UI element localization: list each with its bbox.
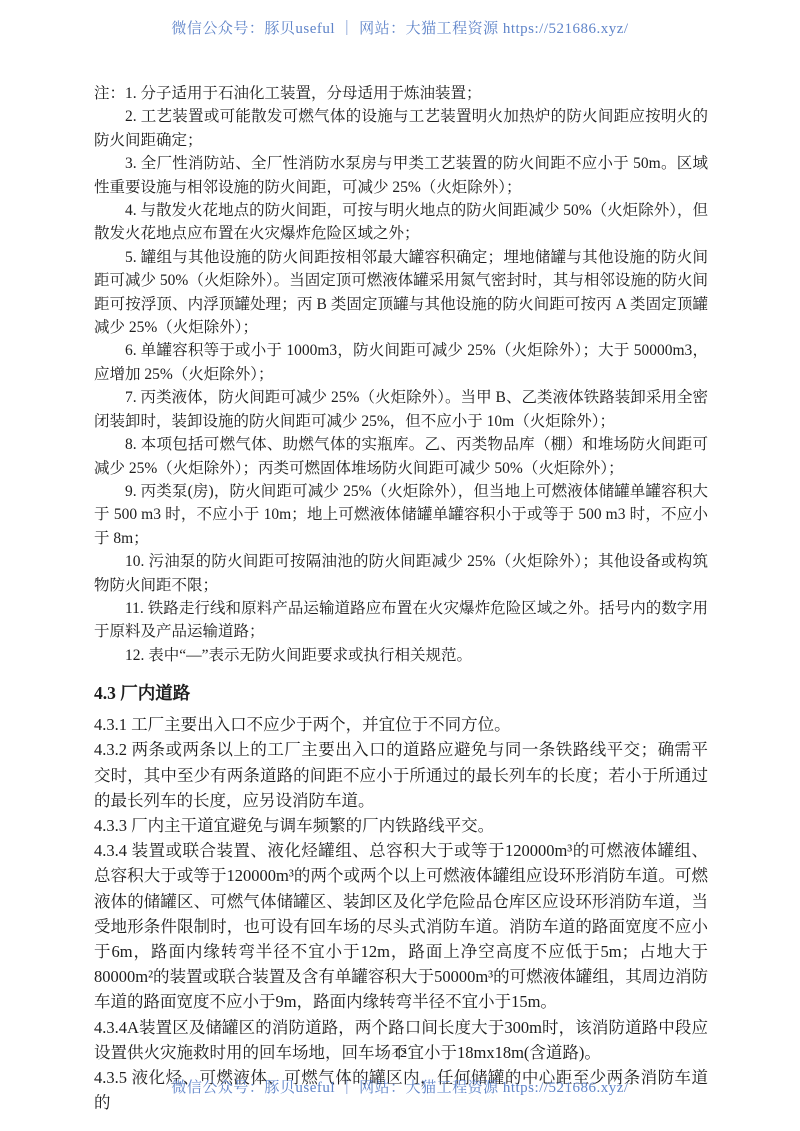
note-item-3: 3. 全厂性消防站、全厂性消防水泵房与甲类工艺装置的防火间距不应小于 50m。区…: [94, 152, 708, 199]
note-item-8: 8. 本项包括可燃气体、助燃气体的实瓶库。乙、丙类物品库（棚）和堆场防火间距可减…: [94, 433, 708, 480]
page-footer-watermark: 微信公众号：豚贝useful ｜ 网站：大猫工程资源 https://52168…: [0, 1076, 800, 1097]
notes-block: 注：1. 分子适用于石油化工装置，分母适用于炼油装置； 2. 工艺装置或可能散发…: [94, 82, 708, 667]
document-page: 微信公众号：豚贝useful ｜ 网站：大猫工程资源 https://52168…: [0, 0, 800, 1131]
note-item-12: 12. 表中“—”表示无防火间距要求或执行相关规范。: [94, 644, 708, 667]
note-item-10: 10. 污油泵的防火间距可按隔油池的防火间距减少 25%（火炬除外）；其他设备或…: [94, 550, 708, 597]
clause-4-3-1: 4.3.1 工厂主要出入口不应少于两个，并宜位于不同方位。: [94, 712, 708, 737]
clause-4-3-3: 4.3.3 厂内主干道宜避免与调车频繁的厂内铁路线平交。: [94, 813, 708, 838]
note-item-5: 5. 罐组与其他设施的防火间距按相邻最大罐容积确定；埋地储罐与其他设施的防火间距…: [94, 246, 708, 340]
section-heading: 4.3 厂内道路: [94, 681, 708, 705]
page-header-watermark: 微信公众号：豚贝useful ｜ 网站：大猫工程资源 https://52168…: [0, 17, 800, 38]
note-item-7: 7. 丙类液体，防火间距可减少 25%（火炬除外）。当甲 B、乙类液体铁路装卸采…: [94, 386, 708, 433]
note-item-4: 4. 与散发火花地点的防火间距，可按与明火地点的防火间距减少 50%（火炬除外）…: [94, 199, 708, 246]
note-item-6: 6. 单罐容积等于或小于 1000m3，防火间距可减少 25%（火炬除外）；大于…: [94, 339, 708, 386]
note-item-1: 注：1. 分子适用于石油化工装置，分母适用于炼油装置；: [94, 82, 708, 105]
note-item-11: 11. 铁路走行线和原料产品运输道路应布置在火灾爆炸危险区域之外。括号内的数字用…: [94, 597, 708, 644]
note-item-2: 2. 工艺装置或可能散发可燃气体的设施与工艺装置明火加热炉的防火间距应按明火的防…: [94, 105, 708, 152]
page-number: 12: [0, 1046, 800, 1062]
clause-4-3-2: 4.3.2 两条或两条以上的工厂主要出入口的道路应避免与同一条铁路线平交；确需平…: [94, 737, 708, 813]
note-item-9: 9. 丙类泵(房)，防火间距可减少 25%（火炬除外），但当地上可燃液体储罐单罐…: [94, 480, 708, 550]
clause-4-3-4: 4.3.4 装置或联合装置、液化烃罐组、总容积大于或等于120000m³的可燃液…: [94, 838, 708, 1014]
page-content: 注：1. 分子适用于石油化工装置，分母适用于炼油装置； 2. 工艺装置或可能散发…: [94, 82, 708, 1115]
